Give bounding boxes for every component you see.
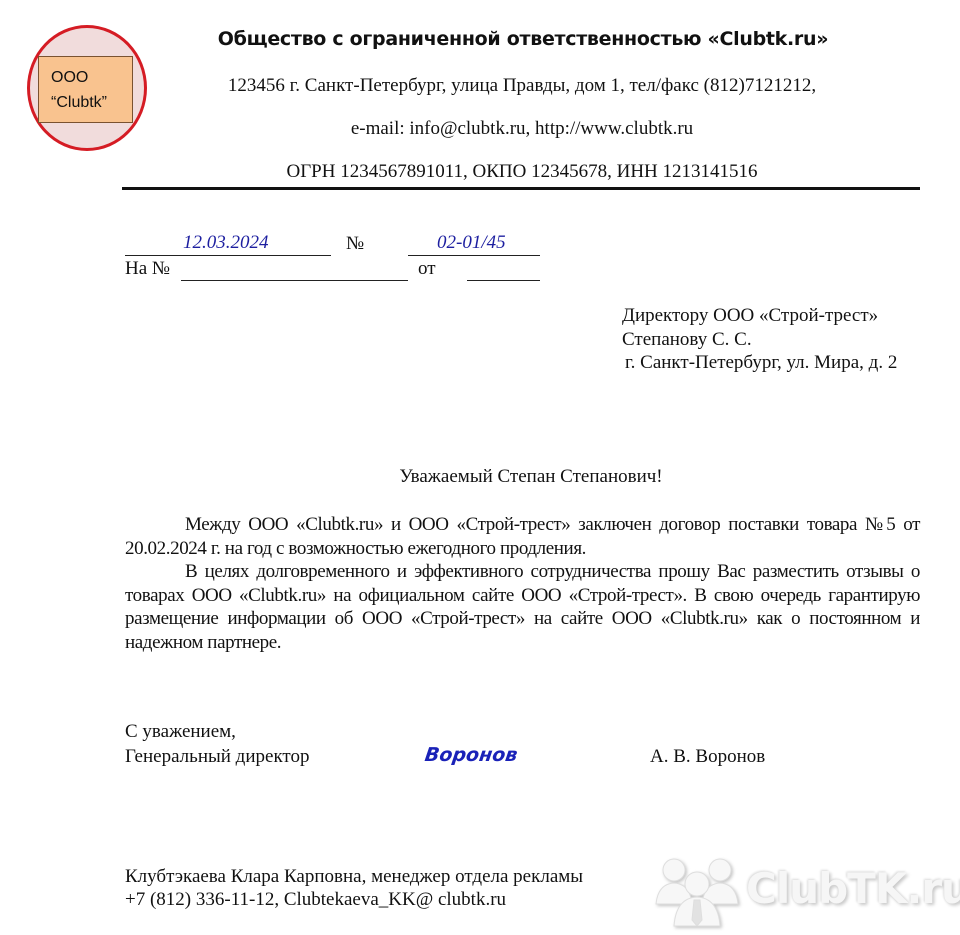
date-underline	[125, 255, 331, 256]
company-contacts: e-mail: info@clubtk.ru, http://www.clubt…	[0, 118, 960, 140]
company-name: Общество с ограниченной ответственностью…	[0, 28, 960, 50]
reply-number-underline	[181, 280, 408, 281]
body-paragraph-1: Между ООО «Clubtk.ru» и ООО «Строй-трест…	[125, 513, 920, 560]
company-address: 123456 г. Санкт-Петербург, улица Правды,…	[0, 75, 960, 97]
letterhead-divider	[122, 187, 920, 190]
reply-from-label: от	[418, 258, 436, 280]
signer-position: Генеральный директор	[125, 746, 309, 768]
executor-contact: +7 (812) 336-11-12, Clubtekaeva_KK@ club…	[125, 889, 506, 911]
company-registration: ОГРН 1234567891011, ОКПО 12345678, ИНН 1…	[0, 161, 960, 183]
watermark-text: ClubTK.ru	[746, 864, 960, 913]
number-underline	[408, 255, 540, 256]
handwritten-signature: Воронов	[423, 744, 518, 766]
addressee-position: Директору ООО «Строй-трест»	[622, 305, 878, 327]
reply-number-label: На №	[125, 258, 170, 280]
closing-regards: С уважением,	[125, 721, 236, 743]
body-paragraph-2: В целях долговременного и эффективного с…	[125, 560, 920, 654]
addressee-address: г. Санкт-Петербург, ул. Мира, д. 2	[625, 352, 897, 374]
greeting: Уважаемый Степан Степанович!	[0, 466, 960, 488]
signer-name: А. В. Воронов	[650, 746, 765, 768]
reply-from-underline	[467, 280, 540, 281]
people-group-icon	[652, 852, 744, 932]
outgoing-number: 02-01/45	[437, 232, 506, 254]
site-watermark: ClubTK.ru	[652, 852, 960, 932]
addressee-name: Степанову С. С.	[622, 329, 752, 351]
number-label: №	[346, 233, 364, 255]
executor-name: Клубтэкаева Клара Карповна, менеджер отд…	[125, 866, 583, 888]
outgoing-date: 12.03.2024	[183, 232, 269, 254]
